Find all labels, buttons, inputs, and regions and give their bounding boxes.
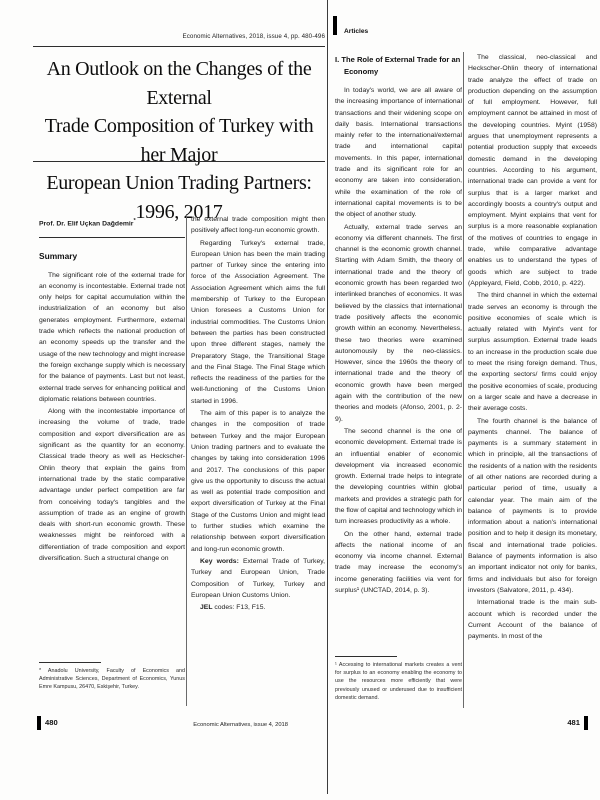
body-paragraph: In today's world, we are all aware of th… — [335, 85, 462, 221]
keywords-line: Key words: External Trade of Turkey, Tur… — [191, 556, 325, 601]
page-number-bar — [37, 716, 41, 730]
journal-citation: Economic Alternatives, 2018, issue 4, pp… — [183, 33, 325, 40]
left-page-column-2: the external trade composition might the… — [191, 214, 325, 714]
paper-title-line-1: An Outlook on the Changes of the Externa… — [47, 58, 312, 109]
footnote-rule — [39, 662, 101, 663]
left-page-footer: 480 — [37, 714, 58, 732]
body-paragraph: Actually, external trade serves an econo… — [335, 222, 462, 425]
footnote-text: ¹ Accessing to international markets cre… — [335, 661, 462, 702]
column-divider — [186, 214, 187, 706]
numbered-footnote: ¹ Accessing to international markets cre… — [335, 656, 462, 702]
articles-label: Articles — [344, 28, 368, 35]
articles-header: Articles — [333, 16, 368, 35]
page-number-bar — [584, 716, 588, 730]
keywords-label: Key words: — [200, 558, 239, 565]
affiliation-footnote: * Anadolu University, Faculty of Economi… — [39, 662, 185, 692]
body-paragraph: The second channel is the one of economi… — [335, 426, 462, 528]
body-paragraph: The fourth channel is the balance of pay… — [468, 416, 597, 597]
author-name: Prof. Dr. Elif Uçkan Dağdemir* — [39, 216, 185, 230]
summary-paragraph: Along with the incontestable importance … — [39, 406, 185, 564]
page-number: 480 — [45, 718, 58, 727]
left-page-column-1: Prof. Dr. Elif Uçkan Dağdemir* Summary T… — [39, 216, 185, 660]
author-text: Prof. Dr. Elif Uçkan Dağdemir — [39, 220, 133, 227]
summary-paragraph: The aim of this paper is to analyze the … — [191, 408, 325, 555]
header-rule — [33, 46, 325, 47]
title-rule — [33, 161, 325, 162]
footnote-text: * Anadolu University, Faculty of Economi… — [39, 667, 185, 692]
paper-title-line-2: Trade Composition of Turkey with her Maj… — [45, 115, 314, 166]
page-number: 481 — [567, 718, 580, 727]
articles-bar — [333, 16, 337, 35]
column-divider — [463, 52, 464, 708]
right-page-column-2: The classical, neo-classical and Hecksch… — [468, 52, 597, 712]
paper-spread: Economic Alternatives, 2018, issue 4, pp… — [0, 0, 600, 800]
right-page-footer: 481 — [567, 714, 588, 732]
jel-line: JEL codes: F13, F15. — [191, 602, 325, 613]
right-page-column-1: I. The Role of External Trade for an Eco… — [335, 54, 462, 646]
body-paragraph: The classical, neo-classical and Hecksch… — [468, 52, 597, 289]
right-page: Articles I. The Role of External Trade f… — [330, 0, 598, 800]
footer-citation: Economic Alternatives, issue 4, 2018 — [163, 722, 288, 728]
body-paragraph: International trade is the main sub-acco… — [468, 597, 597, 642]
section-heading: I. The Role of External Trade for an Eco… — [335, 54, 462, 77]
body-paragraph: The third channel in which the external … — [468, 290, 597, 414]
footnote-rule — [335, 656, 397, 657]
summary-heading: Summary — [39, 251, 185, 261]
author-rule — [39, 237, 185, 238]
page-gutter-divider — [327, 0, 328, 794]
summary-paragraph: the external trade composition might the… — [191, 214, 325, 237]
body-paragraph: On the other hand, external trade affect… — [335, 529, 462, 597]
jel-label: JEL — [200, 604, 212, 611]
author-footnote-marker: * — [133, 218, 135, 224]
paper-title: An Outlook on the Changes of the Externa… — [33, 55, 325, 226]
left-page: Economic Alternatives, 2018, issue 4, pp… — [33, 0, 325, 800]
jel-text: codes: F13, F15. — [214, 604, 265, 611]
summary-paragraph: Regarding Turkey's external trade, Europ… — [191, 238, 325, 407]
summary-paragraph: The significant role of the external tra… — [39, 270, 185, 406]
